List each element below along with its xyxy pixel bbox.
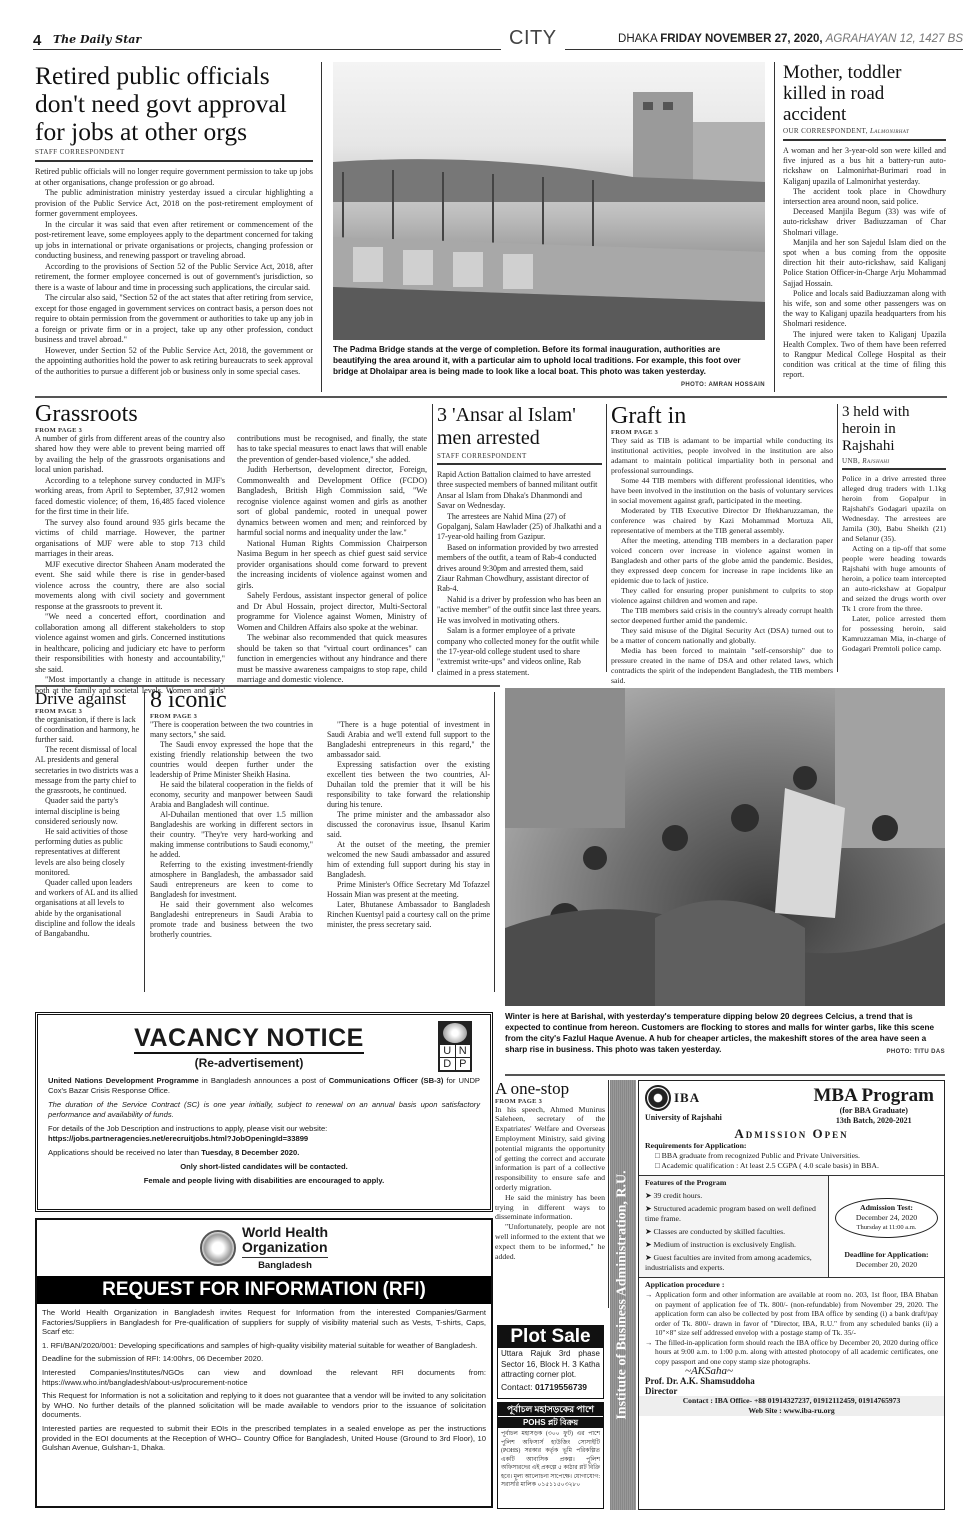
page-number: 4 xyxy=(33,32,41,49)
iba-side-banner: Institute of Business Administration, R.… xyxy=(610,1080,636,1510)
article-body: Retired public officials will no longer … xyxy=(35,167,313,377)
undp-logo: UN DP xyxy=(438,1021,472,1072)
article-ansar-al-islam: 3 'Ansar al Islam' men arrested Staff Co… xyxy=(437,404,602,678)
divider xyxy=(783,139,946,141)
section-rule xyxy=(505,1074,945,1076)
ad-undp-vacancy-notice: VACANCY NOTICE (Re-advertisement) UN DP … xyxy=(35,1012,493,1212)
headline: 8 iconic xyxy=(150,688,490,713)
headline: Mother, toddler killed in road accident xyxy=(783,62,946,125)
ad-who-rfi: World Health Organization Bangladesh REQ… xyxy=(35,1218,493,1508)
article-body: "There is cooperation between the two co… xyxy=(150,720,490,1005)
ad-body: Uttara Rajuk 3rd phase Sector 16, Block … xyxy=(498,1348,603,1382)
iba-ad-body: IBA University of Rajshahi MBA Program (… xyxy=(638,1080,945,1510)
article-body: A woman and her 3-year-old son were kill… xyxy=(783,146,946,381)
ad-plot-sale: Plot Sale Uttara Rajuk 3rd phase Sector … xyxy=(497,1325,604,1399)
page-header: 4 The Daily Star CITY DHAKA FRIDAY NOVEM… xyxy=(33,30,963,52)
from-page: FROM PAGE 3 xyxy=(35,708,140,715)
from-page: FROM PAGE 3 xyxy=(35,427,427,434)
article-retired-officials: Retired public officials don't need govt… xyxy=(35,62,313,377)
photo-caption-padma: The Padma Bridge stands at the verge of … xyxy=(333,344,765,391)
ad-title: Plot Sale xyxy=(498,1326,603,1348)
column-rule xyxy=(606,404,607,672)
photo-credit: PHOTO: AMRAN HOSSAIN xyxy=(681,380,765,391)
column-rule xyxy=(608,1080,609,1308)
from-page: FROM PAGE 3 xyxy=(611,429,833,436)
article-grassroots: Grassroots FROM PAGE 3 A number of girls… xyxy=(35,402,427,704)
photo-foot-over-bridge xyxy=(333,62,765,340)
ad-title: VACANCY NOTICE xyxy=(134,1025,364,1054)
column-rule xyxy=(432,404,433,672)
dateline: DHAKA FRIDAY NOVEMBER 27, 2020, AGRAHAYA… xyxy=(612,33,963,45)
article-8-iconic: 8 iconic FROM PAGE 3 "There is cooperati… xyxy=(150,688,490,1005)
from-page: FROM PAGE 3 xyxy=(150,713,490,720)
masthead-logo: The Daily Star xyxy=(53,33,141,46)
headline: Graft in xyxy=(611,404,833,429)
divider xyxy=(842,468,946,470)
ad-body: পূর্বাচল মহাসড়ক (৩০০ ফুট) এর পাশে পুলিশ… xyxy=(498,1428,603,1492)
un-emblem-icon xyxy=(443,1023,467,1043)
article-body: the organisation, if there is lack of co… xyxy=(35,715,140,939)
headline: A one-stop xyxy=(495,1080,605,1098)
ru-emblem-icon xyxy=(645,1085,671,1111)
divider xyxy=(35,160,313,162)
photo-caption-winter: Winter is here at Barishal, with yesterd… xyxy=(505,1011,945,1058)
features-panel: Features of the Program ➤ 39 credit hour… xyxy=(639,1176,829,1277)
ad-iba-mba: Institute of Business Administration, R.… xyxy=(610,1080,945,1510)
photo-crowd-market xyxy=(505,688,945,1006)
header-rule xyxy=(33,49,963,50)
byline: Unb, Rajshahi xyxy=(842,457,946,465)
photo-padma-bridge xyxy=(333,62,765,340)
article-drive-against: Drive against FROM PAGE 3 the organisati… xyxy=(35,690,140,939)
article-body: A number of girls from different areas o… xyxy=(35,434,427,704)
rfi-title-banner: REQUEST FOR INFORMATION (RFI) xyxy=(37,1276,491,1304)
byline: Our Correspondent, Lalmonirhat xyxy=(783,127,946,135)
ad-title: পূর্বাচল মহাসড়কের পাশে xyxy=(498,1403,603,1416)
who-emblem-icon xyxy=(200,1230,236,1266)
ad-header: VACANCY NOTICE (Re-advertisement) UN DP xyxy=(48,1025,480,1070)
who-logo-block: World Health Organization Bangladesh xyxy=(37,1225,491,1271)
column-rule xyxy=(494,692,495,992)
article-body: Police in a drive arrested three alleged… xyxy=(842,474,946,654)
section-rule xyxy=(35,396,947,398)
byline: Staff Correspondent xyxy=(437,452,602,460)
ad-subtitle: (Re-advertisement) xyxy=(18,1056,480,1070)
ad-body: The World Health Organization in Banglad… xyxy=(37,1304,491,1457)
ad-pohs-plot: পূর্বাচল মহাসড়কের পাশে POHS প্লট বিক্রয… xyxy=(497,1402,604,1509)
iba-header: IBA University of Rajshahi MBA Program (… xyxy=(645,1085,938,1126)
article-heroin-rajshahi: 3 held with heroin in Rajshahi Unb, Rajs… xyxy=(842,404,946,654)
divider xyxy=(437,463,602,465)
headline: 3 'Ansar al Islam' men arrested xyxy=(437,404,602,450)
article-mother-toddler: Mother, toddler killed in road accident … xyxy=(783,62,946,381)
photo-credit: PHOTO: TITU DAS xyxy=(886,1047,945,1058)
ad-subtitle: POHS প্লট বিক্রয় xyxy=(498,1416,603,1428)
section-title: CITY xyxy=(501,27,565,50)
ad-contact: Contact: 01719556739 xyxy=(498,1382,603,1392)
admission-test-oval: Admission Test: December 24, 2020 Thursd… xyxy=(835,1198,938,1238)
admission-open-title: Admission Open xyxy=(645,1129,938,1139)
article-body: In his speech, Ahmed Munirus Saleheen, s… xyxy=(495,1105,605,1262)
photo-winter-barishal xyxy=(505,688,945,1006)
column-rule xyxy=(837,404,838,672)
headline: Grassroots xyxy=(35,402,427,427)
headline: Drive against xyxy=(35,690,140,708)
headline: Retired public officials don't need govt… xyxy=(35,62,313,146)
ad-body: United Nations Development Programme in … xyxy=(48,1076,480,1186)
article-body: Rapid Action Battalion claimed to have a… xyxy=(437,470,602,678)
article-graft: Graft in FROM PAGE 3 They said as TIB is… xyxy=(611,404,833,686)
signature: ~AKSaha~ xyxy=(685,1366,938,1376)
dates-panel: Admission Test: December 24, 2020 Thursd… xyxy=(829,1176,944,1277)
article-one-stop: A one-stop FROM PAGE 3 In his speech, Ah… xyxy=(495,1080,605,1261)
from-page: FROM PAGE 3 xyxy=(495,1098,605,1105)
article-body: They said as TIB is adamant to be impart… xyxy=(611,436,833,686)
headline: 3 held with heroin in Rajshahi xyxy=(842,404,946,455)
vacancy-link[interactable]: https://jobs.partneragencies.net/erecrui… xyxy=(48,1134,308,1143)
byline: Staff Correspondent xyxy=(35,148,313,156)
column-rule xyxy=(321,62,322,392)
column-rule xyxy=(774,62,775,392)
column-rule xyxy=(144,692,145,992)
section-rule xyxy=(35,685,500,687)
